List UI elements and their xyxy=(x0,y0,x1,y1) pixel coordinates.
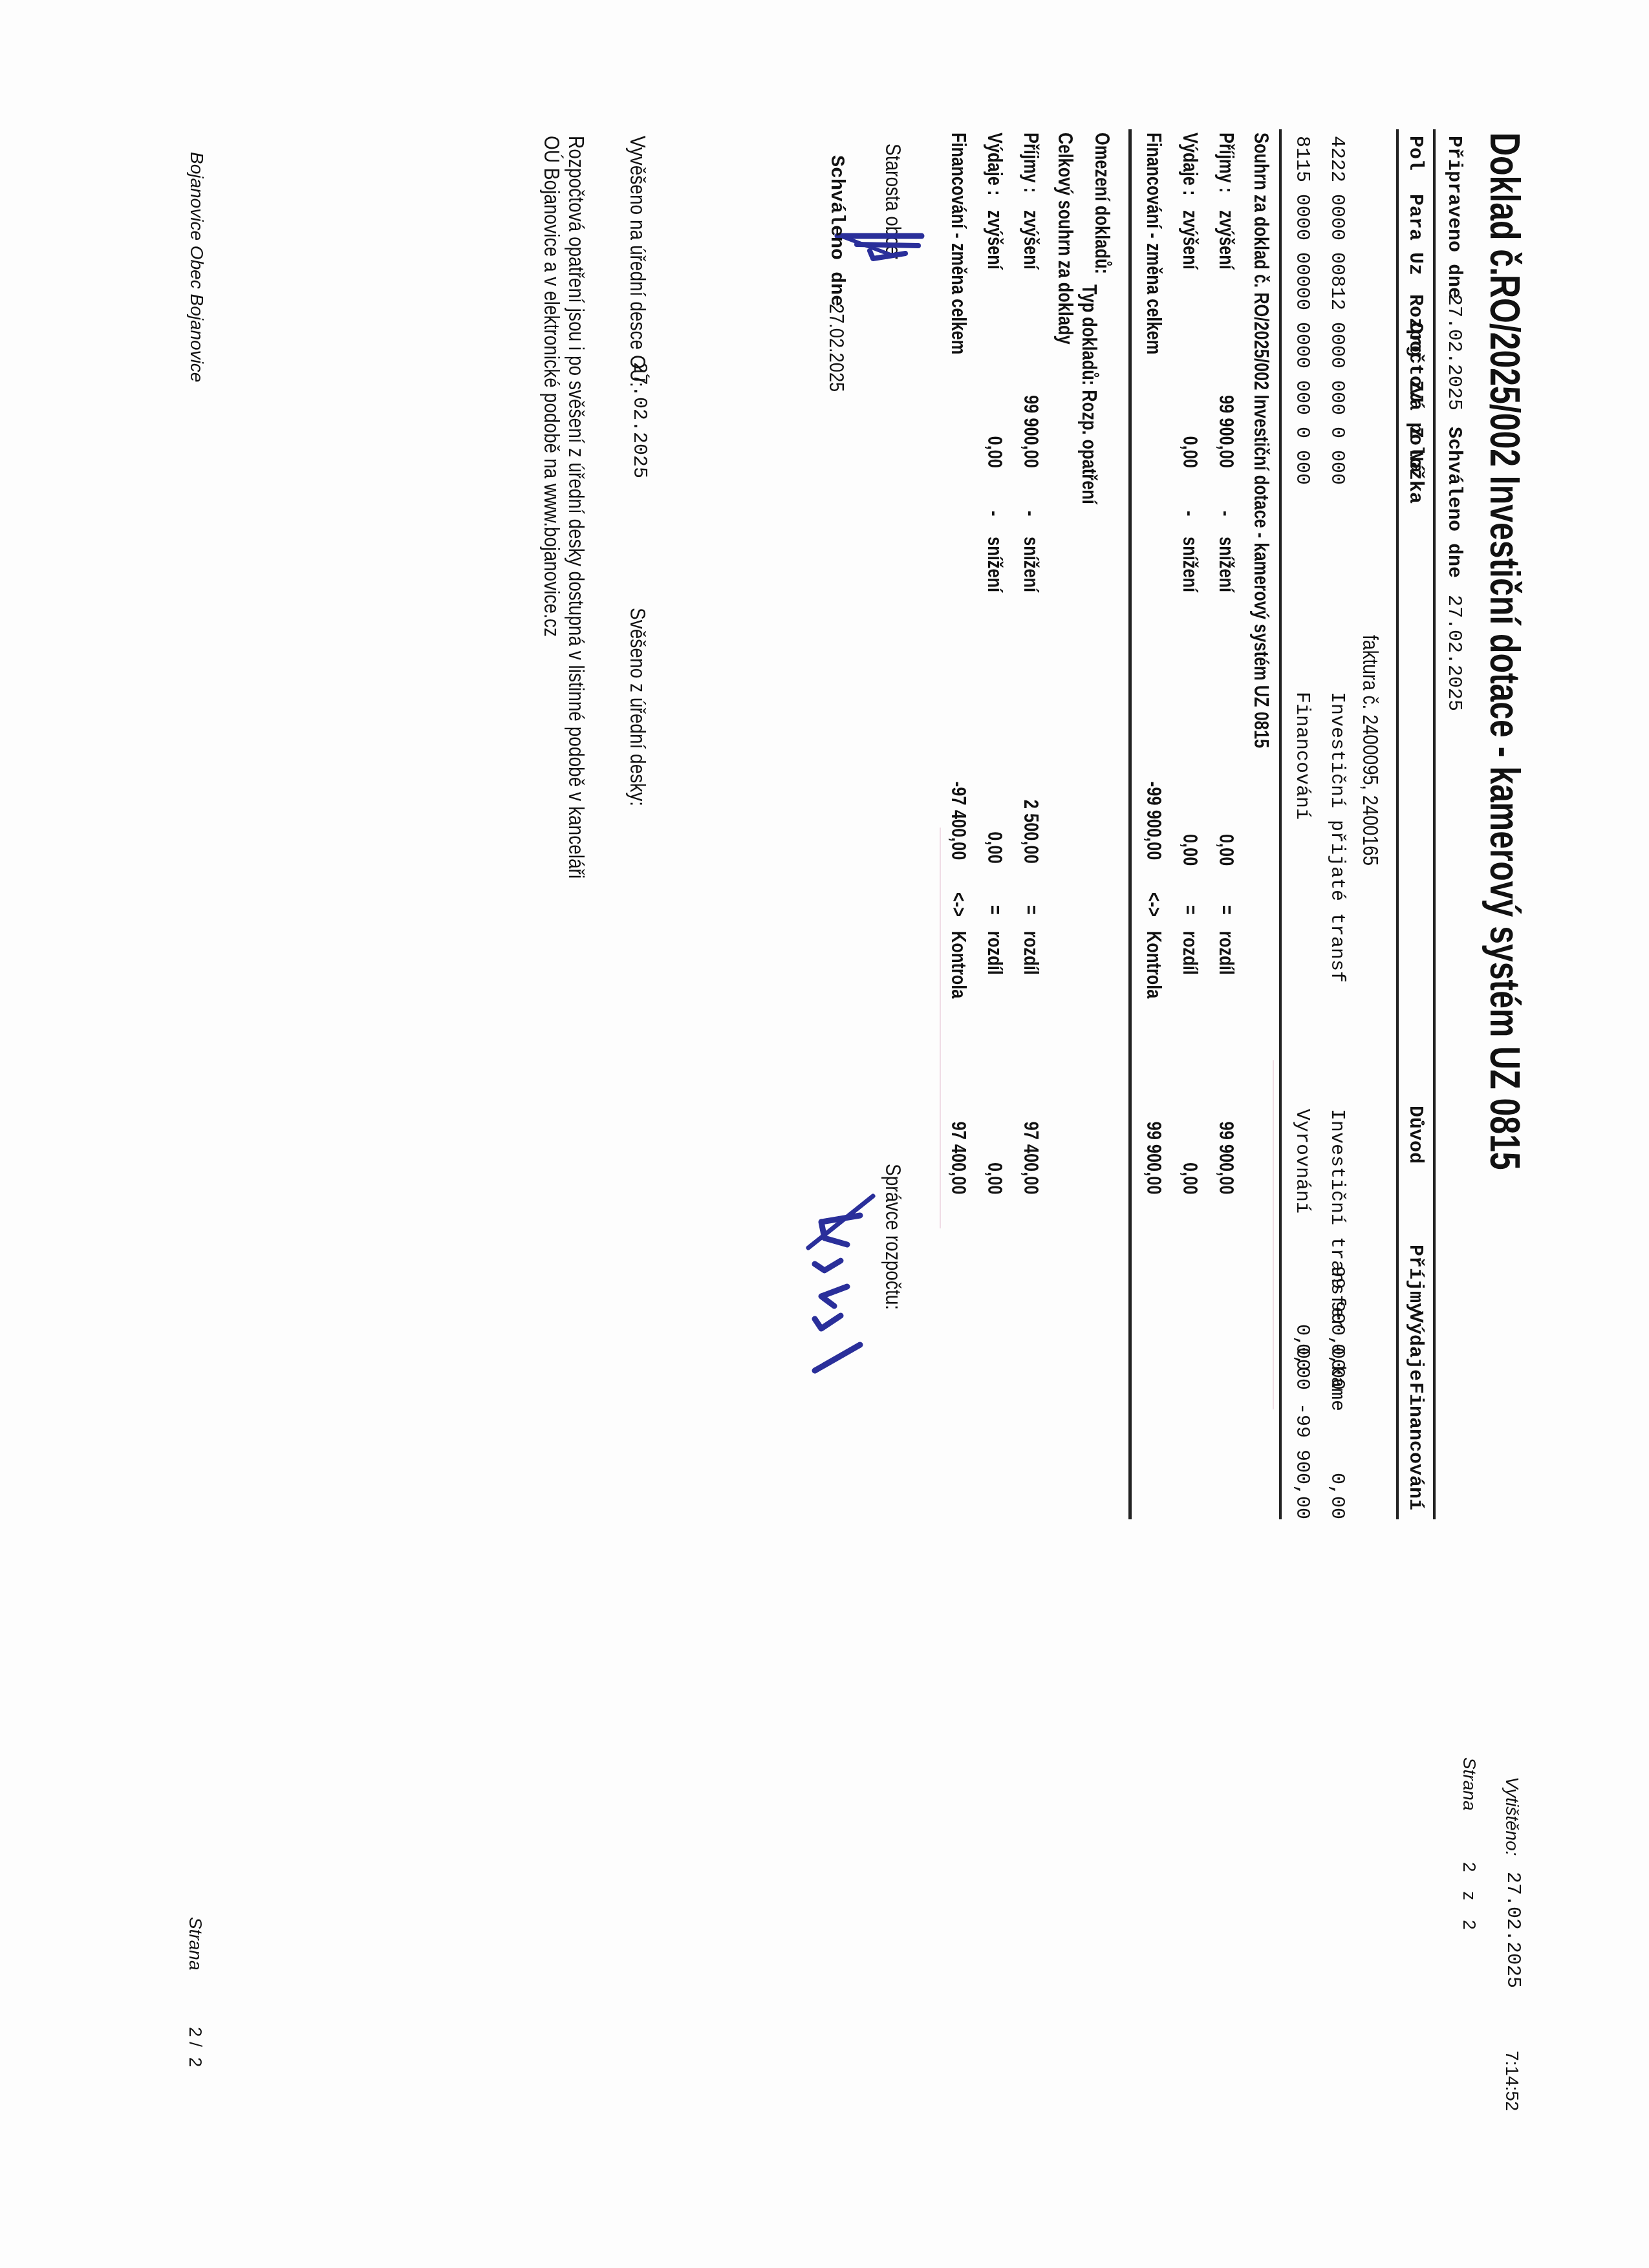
financing-value: -99 900,00 xyxy=(1142,744,1165,860)
increase-value: 99 900,00 xyxy=(1214,362,1238,468)
row-reason: Vyrovnání xyxy=(1291,1109,1313,1214)
decrease-label: snížení xyxy=(983,537,1006,592)
header-expense: Výdaje xyxy=(1404,1311,1426,1381)
check-label: Kontrola xyxy=(947,931,970,998)
difference-value: 97 400,00 xyxy=(1019,1099,1042,1195)
row-financing: 0,00 xyxy=(1326,1358,1348,1519)
increase-label: zvýšení xyxy=(1019,210,1042,270)
decrease-label: snížení xyxy=(1178,537,1202,592)
document-type: Typ dokladů: Rozp. opatření xyxy=(1077,284,1101,504)
decrease-value: 2 500,00 xyxy=(1019,763,1042,864)
minus-sign: - xyxy=(1178,511,1202,516)
summary-doc-title: Souhrn za doklad č. RO/2025/002 Investič… xyxy=(1249,133,1273,748)
increase-value: 0,00 xyxy=(983,362,1006,468)
increase-label: zvýšení xyxy=(1178,210,1202,270)
prepared-label: Připraveno dne xyxy=(1443,136,1465,299)
notice-line-2: OÚ Bojanovice a v elektronické podobě na… xyxy=(539,136,564,637)
header-item: Rozpočtová položka xyxy=(1404,294,1426,504)
approved-label: Schváleno dne xyxy=(1443,427,1465,578)
row-label: Výdaje : xyxy=(1178,133,1202,195)
prepared-date: 27.02.2025 xyxy=(1443,294,1465,411)
footer-organization: Bojanovice Obec Bojanovice xyxy=(186,152,207,382)
compare-operator: <-> xyxy=(947,892,970,917)
increase-label: zvýšení xyxy=(983,210,1006,270)
compare-operator: <-> xyxy=(1142,892,1165,917)
financing-label: Financování - změna celkem xyxy=(1142,133,1165,354)
equals-sign: = xyxy=(1214,905,1238,915)
difference-value: 0,00 xyxy=(983,1099,1006,1195)
notice-line-1: Rozpočtová opatření jsou i po svěšení z … xyxy=(564,136,588,879)
footer-page-number: 2 / 2 xyxy=(185,2027,206,2067)
scanned-page: Vytištěno: 27.02.2025 7:14:52 Strana 2 z… xyxy=(0,0,1649,2268)
printed-time: 7:14:52 xyxy=(1502,2051,1522,2111)
header-financing: Financování xyxy=(1404,1382,1426,1510)
table-top-rule xyxy=(1433,129,1436,1519)
decrease-value: 0,00 xyxy=(983,763,1006,864)
financing-label: Financování - změna celkem xyxy=(947,133,970,354)
header-income: Příjmy xyxy=(1404,1245,1426,1314)
increase-value: 0,00 xyxy=(1178,362,1202,468)
header-reason: Důvod xyxy=(1404,1106,1426,1164)
scan-artifact xyxy=(1273,1060,1274,1409)
row-item: Investiční přijaté transf xyxy=(1326,692,1348,983)
decrease-value: 0,00 xyxy=(1178,776,1202,866)
difference-label: rozdíl xyxy=(1178,931,1202,975)
page-label-top: Strana xyxy=(1459,1757,1480,1811)
difference-label: rozdíl xyxy=(1214,931,1238,975)
printed-label: Vytištěno: xyxy=(1502,1777,1522,1856)
difference-label: rozdíl xyxy=(983,931,1006,975)
overall-summary-title: Celkový souhrn za doklady xyxy=(1053,133,1077,345)
invoice-note: faktura č. 2400095, 2400165 xyxy=(1358,635,1383,866)
row-codes: 4222 0000 00812 0000 000 0 000 xyxy=(1326,136,1348,485)
financing-value: -97 400,00 xyxy=(947,744,970,860)
doc-number-prefix: Doklad č. xyxy=(1481,133,1529,276)
removed-label: Svěšeno z úřední desky: xyxy=(625,608,650,806)
row-financing: -99 900,00 xyxy=(1291,1358,1313,1519)
row-label: Příjmy : xyxy=(1214,133,1238,193)
row-codes: 8115 0000 00000 0000 000 0 000 xyxy=(1291,136,1313,485)
increase-value: 99 900,00 xyxy=(1019,362,1042,468)
minus-sign: - xyxy=(983,511,1006,516)
equals-sign: = xyxy=(983,905,1006,915)
table-bottom-rule xyxy=(1279,129,1282,1519)
restriction-label: Omezení dokladů: xyxy=(1090,133,1114,274)
row-label: Výdaje : xyxy=(983,133,1006,195)
table-header-rule xyxy=(1396,129,1399,1519)
footer-page-label: Strana xyxy=(185,1917,206,1971)
posted-date: 27.02.2025 xyxy=(628,362,650,478)
budget-admin-signature xyxy=(782,1177,886,1390)
minus-sign: - xyxy=(1214,511,1238,516)
decrease-label: snížení xyxy=(1214,537,1238,592)
decrease-label: snížení xyxy=(1019,537,1042,592)
difference-value: 0,00 xyxy=(1178,1099,1202,1195)
document-page: Vytištěno: 27.02.2025 7:14:52 Strana 2 z… xyxy=(0,0,1649,2268)
equals-sign: = xyxy=(1178,905,1202,915)
check-value: 97 400,00 xyxy=(947,1099,970,1195)
check-value: 99 900,00 xyxy=(1142,1099,1165,1195)
check-label: Kontrola xyxy=(1142,931,1165,998)
posted-label: Vyvěšeno na úřední desce OÚ: xyxy=(625,136,650,387)
approved-label: Schváleno dne xyxy=(825,155,847,306)
difference-value: 99 900,00 xyxy=(1214,1099,1238,1195)
equals-sign: = xyxy=(1019,905,1042,915)
row-item: Financování xyxy=(1291,692,1313,820)
decrease-value: 0,00 xyxy=(1214,776,1238,866)
section-rule xyxy=(1128,129,1132,1519)
approved-date: 27.02.2025 xyxy=(1443,595,1465,711)
printed-date: 27.02.2025 xyxy=(1502,1872,1524,1988)
increase-label: zvýšení xyxy=(1214,210,1238,270)
minus-sign: - xyxy=(1019,511,1042,516)
page-indicator-top: 2 z 2 xyxy=(1459,1862,1480,1930)
approved-date: 27.02.2025 xyxy=(824,304,848,392)
difference-label: rozdíl xyxy=(1019,931,1042,975)
row-label: Příjmy : xyxy=(1019,133,1042,193)
doc-title: RO/2025/002 Investiční dotace - kamerový… xyxy=(1481,275,1529,1170)
scan-artifact xyxy=(940,828,941,1228)
